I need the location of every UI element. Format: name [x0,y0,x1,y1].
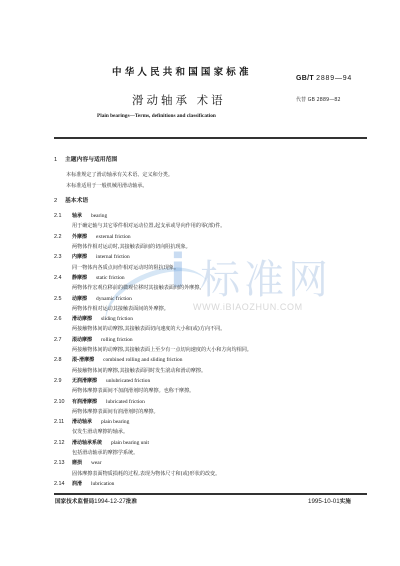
term-zh: 滑动摩擦 [72,314,92,324]
term-entry: 2.11滑动轴承plain bearing 仅发生滑动摩擦的轴承。 [54,417,374,438]
term-zh: 滚动摩擦 [72,335,92,345]
term-definition: 两物体作相对运动时,其接触表面间的切向阻抗现象。 [54,242,374,252]
section-heading: 2 基本术语 [54,196,374,206]
section-heading: 1 主题内容与适用范围 [54,155,374,165]
term-entry: 2.4静摩擦static friction 两物体作宏观位移前的微观位移时其接触… [54,273,374,294]
term-en: unlubricated friction [106,376,150,386]
term-definition: 两接触物体间的摩擦,其接触表面同时发生滚动和滑动摩擦。 [54,366,374,376]
term-number: 2.1 [54,211,72,221]
term-en: wear [91,458,101,468]
term-zh: 内摩擦 [72,252,87,262]
term-zh: 磨损 [72,458,82,468]
approved-date: 1994-12-27 [94,498,126,505]
term-definition: 两物体摩擦表面间有润滑剂时的摩擦。 [54,407,374,417]
section-number: 1 [54,155,65,165]
standard-code: GB/T 2889—94 [296,75,352,82]
term-number: 2.14 [54,479,72,489]
term-en: sliding friction [101,314,133,324]
term-zh: 滑动轴承 [72,417,92,427]
term-zh: 外摩擦 [72,232,87,242]
approval-info: 国家技术监督局1994-12-27批准 [55,497,137,505]
term-number: 2.8 [54,355,72,365]
term-definition: 仅发生滑动摩擦的轴承。 [54,427,374,437]
term-definition: 两物体作宏观位移前的微观位移时其接触表面间的外摩擦。 [54,283,374,293]
term-number: 2.11 [54,417,72,427]
term-en: external friction [96,232,131,242]
term-entry: 2.8滚-滑摩擦combined rolling and sliding fri… [54,355,374,376]
term-entry: 2.1轴承bearing 用于确定轴与其它零件相对运动位置,起支承或导向作用的零… [54,211,374,232]
term-number: 2.10 [54,397,72,407]
term-definition: 两接触物体间的动摩擦,其接触表面切向速度的大小和(或)方向不同。 [54,324,374,334]
term-number: 2.12 [54,438,72,448]
term-number: 2.2 [54,232,72,242]
term-definition: 用于确定轴与其它零件相对运动位置,起支承或导向作用的零(部)件。 [54,221,374,231]
term-number: 2.9 [54,376,72,386]
term-entry: 2.14润滑lubrication [54,479,374,489]
term-entry: 2.13磨损wear 固体摩擦表面物质损耗的过程,表现为物体尺寸和(或)形状的改… [54,458,374,479]
term-entry: 2.5动摩擦dynamic friction 两物体作相对运动其接触表面间的外摩… [54,294,374,315]
header-divider [54,137,367,139]
term-zh: 有润滑摩擦 [72,397,97,407]
standard-code-prefix: GB/T [296,75,314,82]
section-title: 基本术语 [65,196,88,206]
term-en: bearing [91,211,107,221]
english-title: Plain bearings—Terms, definitions and cl… [97,113,216,119]
term-zh: 润滑 [72,479,82,489]
term-en: rolling friction [101,335,133,345]
standard-code-number: 2889—94 [316,75,352,82]
term-zh: 静摩擦 [72,273,87,283]
term-en: lubricated friction [106,397,145,407]
term-definition: 固体摩擦表面物质损耗的过程,表现为物体尺寸和(或)形状的改变。 [54,469,374,479]
term-entry: 2.10有润滑摩擦lubricated friction 两物体摩擦表面间有润滑… [54,397,374,418]
term-entry: 2.7滚动摩擦rolling friction 两接触物体间的动摩擦,其接触表面… [54,335,374,356]
term-number: 2.13 [54,458,72,468]
document-title: 滑动轴承 术语 [132,92,226,108]
term-number: 2.3 [54,252,72,262]
effective-info: 1995-10-01实施 [308,497,351,505]
paragraph: 本标准规定了滑动轴承有关术语、定义和分类。 [54,170,374,180]
effective-date: 1995-10-01 [308,498,340,505]
term-number: 2.6 [54,314,72,324]
term-number: 2.4 [54,273,72,283]
term-en: plain bearing [101,417,129,427]
term-entry: 2.9无润滑摩擦unlubricated friction 两物体摩擦表面间不加… [54,376,374,397]
term-number: 2.7 [54,335,72,345]
issuer: 国家技术监督局 [55,499,94,505]
term-number: 2.5 [54,294,72,304]
term-zh: 滚-滑摩擦 [72,355,94,365]
section-number: 2 [54,196,65,206]
footer-divider [54,493,367,495]
term-zh: 动摩擦 [72,294,87,304]
term-entry: 2.3内摩擦internal friction 同一物体内各质点间作相对运动时的… [54,252,374,273]
org-title: 中华人民共和国国家标准 [112,64,252,78]
term-definition: 包括滑动轴承的摩擦学系统。 [54,448,374,458]
term-en: dynamic friction [96,294,132,304]
section-title: 主题内容与适用范围 [65,155,117,165]
effective-label: 实施 [340,499,351,505]
term-entry: 2.6滑动摩擦sliding friction 两接触物体间的动摩擦,其接触表面… [54,314,374,335]
term-definition: 同一物体内各质点间作相对运动时的阻抗现象。 [54,263,374,273]
approved-label: 批准 [126,499,137,505]
term-en: static friction [96,273,125,283]
replaces-standard: 代替 GB 2889—82 [296,96,341,103]
term-definition: 两接触物体间的动摩擦,其接触表面上至少有一点切向速度的大小和方向均相同。 [54,345,374,355]
term-en: lubrication [91,479,114,489]
term-en: plain bearing unit [111,438,149,448]
term-entry: 2.2外摩擦external friction 两物体作相对运动时,其接触表面间… [54,232,374,253]
paragraph: 本标准适用于一般机械用滑动轴承。 [54,181,374,191]
document-body: 1 主题内容与适用范围 本标准规定了滑动轴承有关术语、定义和分类。 本标准适用于… [54,155,374,489]
term-zh: 轴承 [72,211,82,221]
term-entry: 2.12滑动轴承系统plain bearing unit 包括滑动轴承的摩擦学系… [54,438,374,459]
term-en: internal friction [96,252,130,262]
term-definition: 两物体作相对运动其接触表面间的外摩擦。 [54,304,374,314]
term-en: combined rolling and sliding friction [103,355,182,365]
term-zh: 无润滑摩擦 [72,376,97,386]
term-definition: 两物体摩擦表面间不加润滑剂时的摩擦。也称干摩擦。 [54,386,374,396]
term-zh: 滑动轴承系统 [72,438,102,448]
